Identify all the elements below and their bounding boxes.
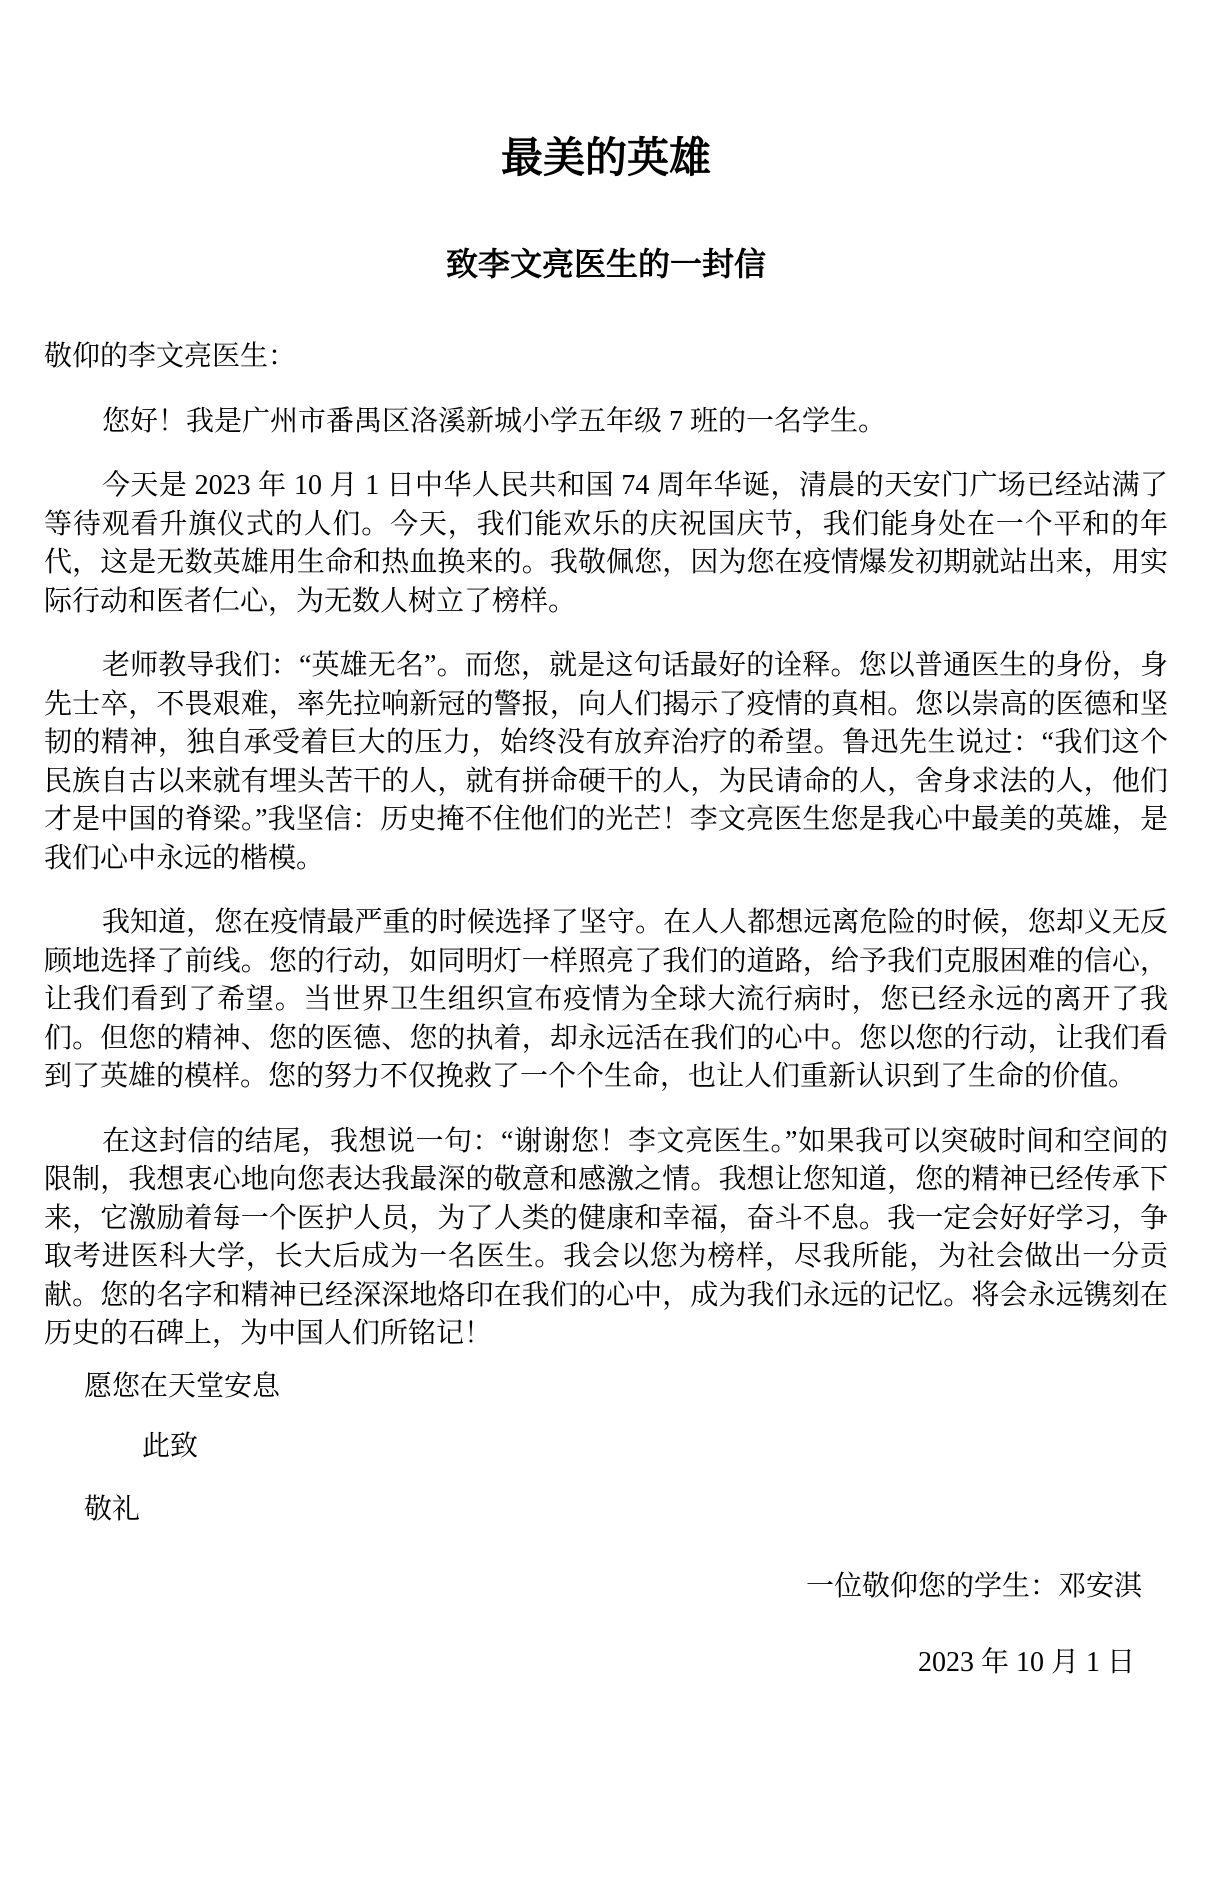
paragraph-greeting: 您好！我是广州市番禺区洛溪新城小学五年级 7 班的一名学生。 <box>44 403 1168 442</box>
paragraph-perseverance: 我知道，您在疫情最严重的时候选择了坚守。在人人都想远离危险的时候，您却义无反顾地… <box>44 904 1168 1097</box>
closing-wish: 愿您在天堂安息 <box>44 1368 1168 1407</box>
letter-subtitle: 致李文亮医生的一封信 <box>44 246 1168 282</box>
paragraph-hero-without-name: 老师教导我们：“英雄无名”。而您，就是这句话最好的诠释。您以普通医生的身份，身先… <box>44 647 1168 878</box>
letter-page: 最美的英雄 致李文亮医生的一封信 敬仰的李文亮医生： 您好！我是广州市番禺区洛溪… <box>0 0 1212 1903</box>
salutation: 敬仰的李文亮医生： <box>44 338 1168 377</box>
letter-title: 最美的英雄 <box>44 136 1168 182</box>
paragraph-national-day: 今天是 2023 年 10 月 1 日中华人民共和国 74 周年华诞，清晨的天安… <box>44 467 1168 621</box>
closing-phrase: 此致 <box>44 1428 1168 1467</box>
paragraph-gratitude: 在这封信的结尾，我想说一句：“谢谢您！李文亮医生。”如果我可以突破时间和空间的限… <box>44 1123 1168 1354</box>
closing-salute: 敬礼 <box>44 1491 1168 1530</box>
date-line: 2023 年 10 月 1 日 <box>44 1644 1168 1683</box>
signature-line: 一位敬仰您的学生：邓安淇 <box>44 1568 1168 1607</box>
